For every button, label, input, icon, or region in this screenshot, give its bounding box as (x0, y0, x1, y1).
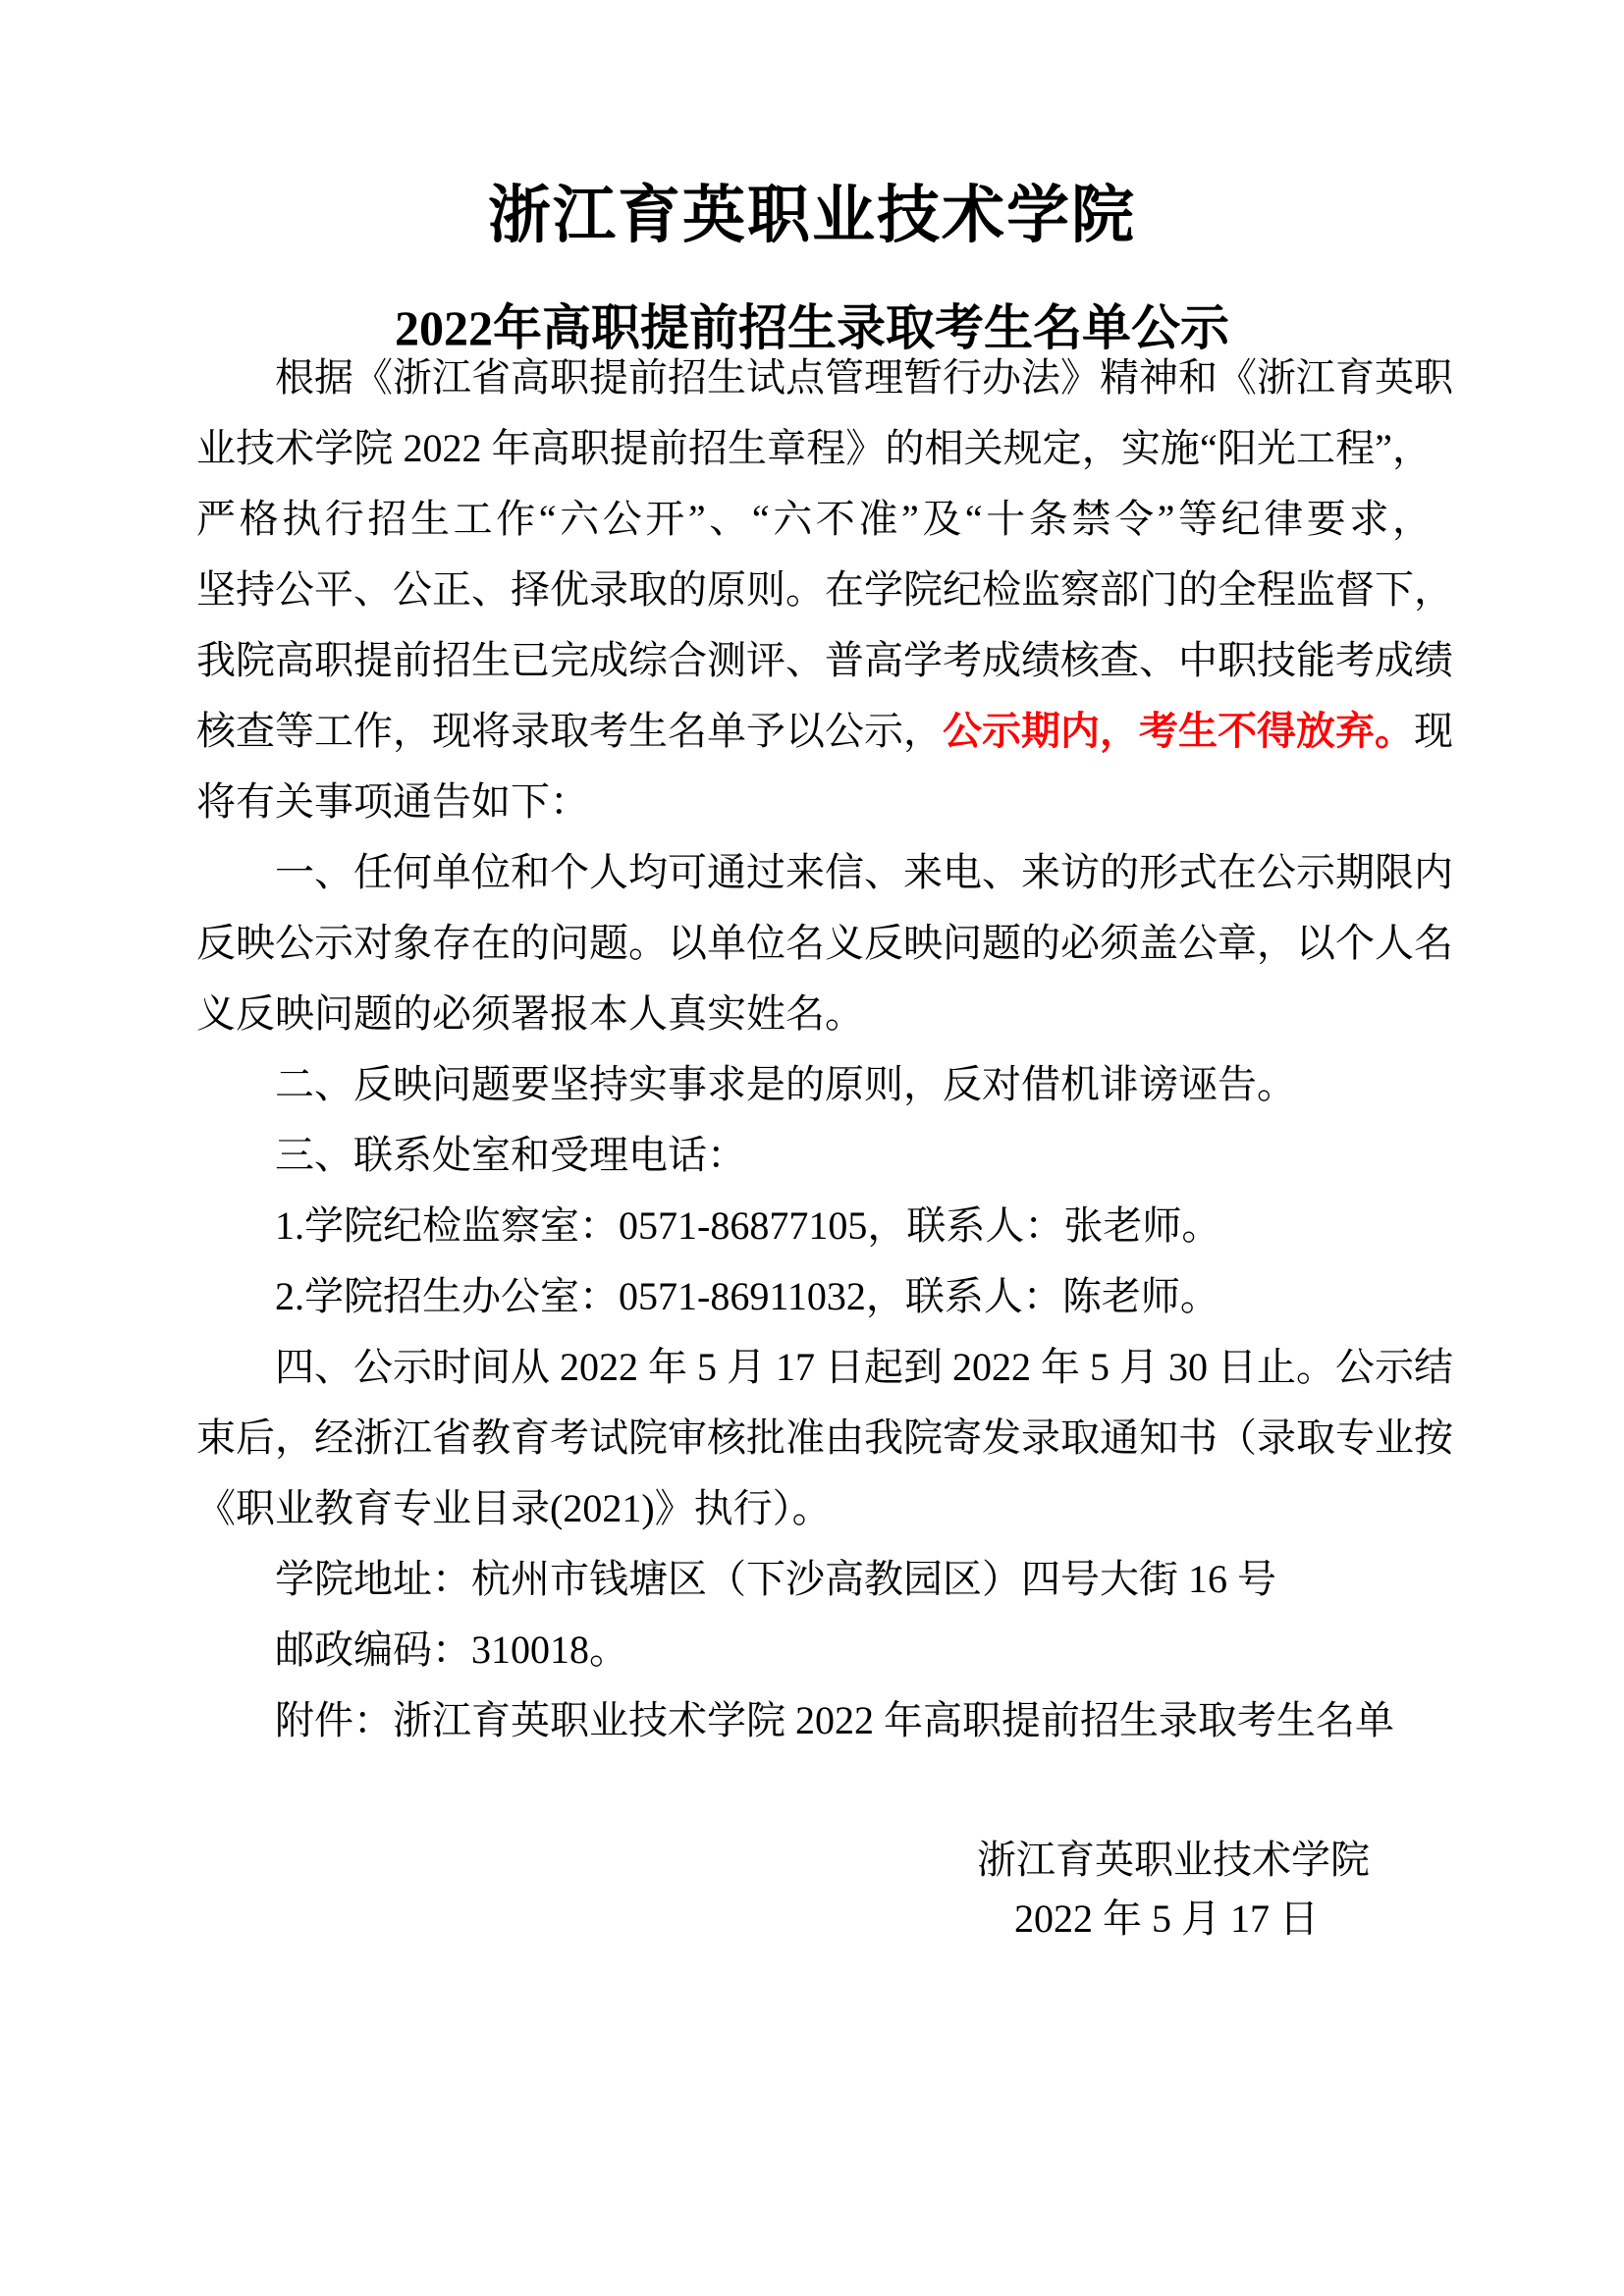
signature-organization: 浙江育英职业技术学院 (977, 1833, 1370, 1888)
body-line: 1.学院纪检监察室：0571-86877105，联系人：张老师。 (275, 1199, 1432, 1254)
body-line: 束后，经浙江省教育考试院审核批准由我院寄发录取通知书（录取专业按 (196, 1411, 1432, 1466)
body-line: 《职业教育专业目录(2021)》执行）。 (196, 1481, 1432, 1536)
signature-date: 2022 年 5 月 17 日 (1014, 1892, 1319, 1947)
body-line: 学院地址：杭州市钱塘区（下沙高教园区）四号大街 16 号 (275, 1552, 1432, 1607)
body-text: 核查等工作，现将录取考生名单予以公示， (196, 709, 943, 753)
body-line: 一、任何单位和个人均可通过来信、来电、来访的形式在公示期限内 (275, 845, 1432, 900)
body-line: 根据《浙江省高职提前招生试点管理暂行办法》精神和《浙江育英职 (275, 350, 1432, 405)
body-line: 严格执行招生工作“六公开”、“六不准”及“十条禁令”等纪律要求， (196, 492, 1432, 547)
body-line: 邮政编码：310018。 (275, 1623, 1432, 1678)
document-page: 浙江育英职业技术学院 2022年高职提前招生录取考生名单公示 根据《浙江省高职提… (0, 0, 1624, 2296)
highlight-warning-text: 公示期内，考生不得放弃。 (943, 709, 1414, 753)
body-line: 附件：浙江育英职业技术学院 2022 年高职提前招生录取考生名单 (275, 1693, 1432, 1748)
body-line: 业技术学院 2022 年高职提前招生章程》的相关规定，实施“阳光工程”， (196, 421, 1432, 476)
body-line: 我院高职提前招生已完成综合测评、普高学考成绩核查、中职技能考成绩 (196, 633, 1432, 688)
body-line: 反映公示对象存在的问题。以单位名义反映问题的必须盖公章，以个人名 (196, 916, 1432, 971)
body-line: 核查等工作，现将录取考生名单予以公示，公示期内，考生不得放弃。现 (196, 704, 1432, 759)
body-line: 二、反映问题要坚持实事求是的原则，反对借机诽谤诬告。 (275, 1057, 1432, 1112)
body-line: 四、公示时间从 2022 年 5 月 17 日起到 2022 年 5 月 30 … (275, 1340, 1432, 1395)
body-line: 2.学院招生办公室：0571-86911032，联系人：陈老师。 (275, 1269, 1432, 1324)
body-line: 三、联系处室和受理电话： (275, 1128, 1432, 1183)
document-title: 浙江育英职业技术学院 (0, 177, 1624, 255)
body-line: 将有关事项通告如下： (196, 774, 1432, 829)
body-line: 坚持公平、公正、择优录取的原则。在学院纪检监察部门的全程监督下， (196, 562, 1432, 617)
body-line: 义反映问题的必须署报本人真实姓名。 (196, 987, 1432, 1041)
body-text: 现 (1414, 709, 1453, 753)
